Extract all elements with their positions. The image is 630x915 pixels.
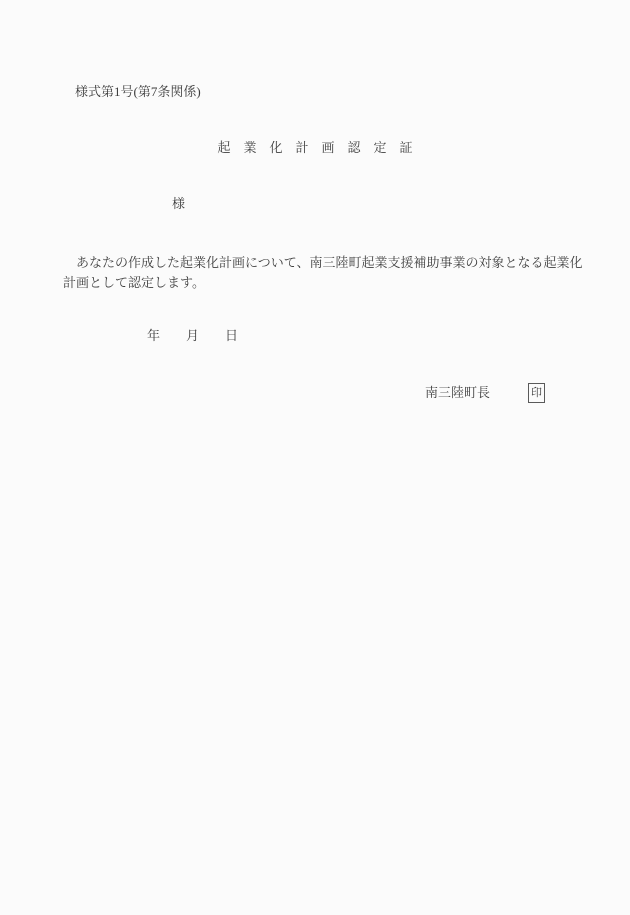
issuer-title: 南三陸町長 bbox=[425, 386, 490, 399]
body-line-2: 計画として認定します。 bbox=[63, 273, 583, 293]
body-paragraph: あなたの作成した起業化計画について、南三陸町起業支援補助事業の対象となる起業化 … bbox=[63, 253, 583, 293]
certificate-page: 様式第1号(第7条関係) 起 業 化 計 画 認 定 証 様 あなたの作成した起… bbox=[0, 0, 630, 915]
seal-box: 印 bbox=[528, 383, 545, 403]
document-title: 起 業 化 計 画 認 定 証 bbox=[0, 141, 630, 154]
form-number: 様式第1号(第7条関係) bbox=[75, 85, 201, 98]
seal-mark: 印 bbox=[531, 388, 542, 399]
date-line: 年 月 日 bbox=[147, 329, 238, 342]
addressee-honorific: 様 bbox=[172, 197, 185, 210]
body-line-1: あなたの作成した起業化計画について、南三陸町起業支援補助事業の対象となる起業化 bbox=[63, 253, 583, 273]
